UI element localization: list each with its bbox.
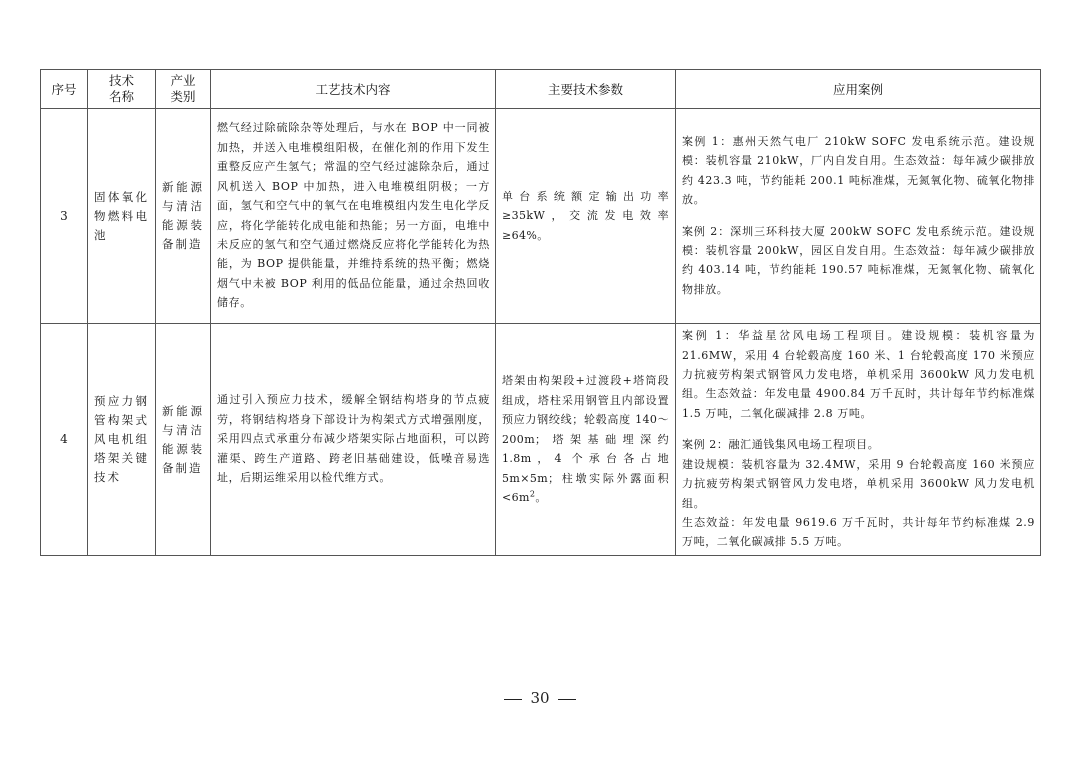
header-industry-line1: 产业 <box>156 73 210 89</box>
row-cases: 案例 1：惠州天然气电厂 210kW SOFC 发电系统示范。建设规模：装机容量… <box>676 109 1041 324</box>
dash-left <box>504 699 522 700</box>
header-industry-line2: 类别 <box>156 89 210 105</box>
row-tech-name: 固体氧化物燃料电池 <box>88 109 156 324</box>
row-params: 塔架由构架段+过渡段+塔筒段组成，塔柱采用钢管且内部设置预应力钢绞线；轮毂高度 … <box>496 324 676 556</box>
case-1: 案例 1：华益星岔风电场工程项目。建设规模：装机容量为 21.6MW，采用 4 … <box>682 326 1035 423</box>
case-1: 案例 1：惠州天然气电厂 210kW SOFC 发电系统示范。建设规模：装机容量… <box>682 132 1035 210</box>
row-index: 4 <box>41 324 88 556</box>
params-end: 。 <box>535 491 546 504</box>
row-tech-name: 预应力钢管构架式风电机组塔架关键技术 <box>88 324 156 556</box>
page-number: 30 <box>530 689 549 707</box>
row-process: 通过引入预应力技术，缓解全钢结构塔身的节点疲劳，将钢结构塔身下部设计为构架式方式… <box>211 324 496 556</box>
header-tech-name-line2: 名称 <box>88 89 155 105</box>
technology-table: 序号 技术 名称 产业 类别 工艺技术内容 主要技术参数 应用案例 3 固体氧化… <box>40 69 1041 556</box>
row-industry: 新能源与清洁能源装备制造 <box>156 324 211 556</box>
header-params: 主要技术参数 <box>496 70 676 109</box>
header-index: 序号 <box>41 70 88 109</box>
row-index: 3 <box>41 109 88 324</box>
row-process: 燃气经过除硫除杂等处理后，与水在 BOP 中一同被加热，并送入电堆模组阳极，在催… <box>211 109 496 324</box>
dash-right <box>558 699 576 700</box>
case-2-scale: 建设规模：装机容量为 32.4MW，采用 9 台轮毂高度 160 米预应力抗疲劳… <box>682 455 1035 513</box>
header-industry: 产业 类别 <box>156 70 211 109</box>
case-2-title: 案例 2：融汇通钱集风电场工程项目。 <box>682 435 1035 454</box>
case-2: 案例 2：深圳三环科技大厦 200kW SOFC 发电系统示范。建设规模：装机容… <box>682 222 1035 300</box>
table-row: 4 预应力钢管构架式风电机组塔架关键技术 新能源与清洁能源装备制造 通过引入预应… <box>41 324 1041 556</box>
page-footer: 30 <box>0 689 1080 707</box>
params-main: 塔架由构架段+过渡段+塔筒段组成，塔柱采用钢管且内部设置预应力钢绞线；轮毂高度 … <box>502 374 669 504</box>
header-cases: 应用案例 <box>676 70 1041 109</box>
case-2-benefit: 生态效益：年发电量 9619.6 万千瓦时，共计每年节约标准煤 2.9 万吨，二… <box>682 513 1035 552</box>
header-process: 工艺技术内容 <box>211 70 496 109</box>
table-header-row: 序号 技术 名称 产业 类别 工艺技术内容 主要技术参数 应用案例 <box>41 70 1041 109</box>
header-tech-name-line1: 技术 <box>88 73 155 89</box>
header-tech-name: 技术 名称 <box>88 70 156 109</box>
row-params: 单台系统额定输出功率≥35kW，交流发电效率≥64%。 <box>496 109 676 324</box>
table-row: 3 固体氧化物燃料电池 新能源与清洁能源装备制造 燃气经过除硫除杂等处理后，与水… <box>41 109 1041 324</box>
row-industry: 新能源与清洁能源装备制造 <box>156 109 211 324</box>
row-cases: 案例 1：华益星岔风电场工程项目。建设规模：装机容量为 21.6MW，采用 4 … <box>676 324 1041 556</box>
